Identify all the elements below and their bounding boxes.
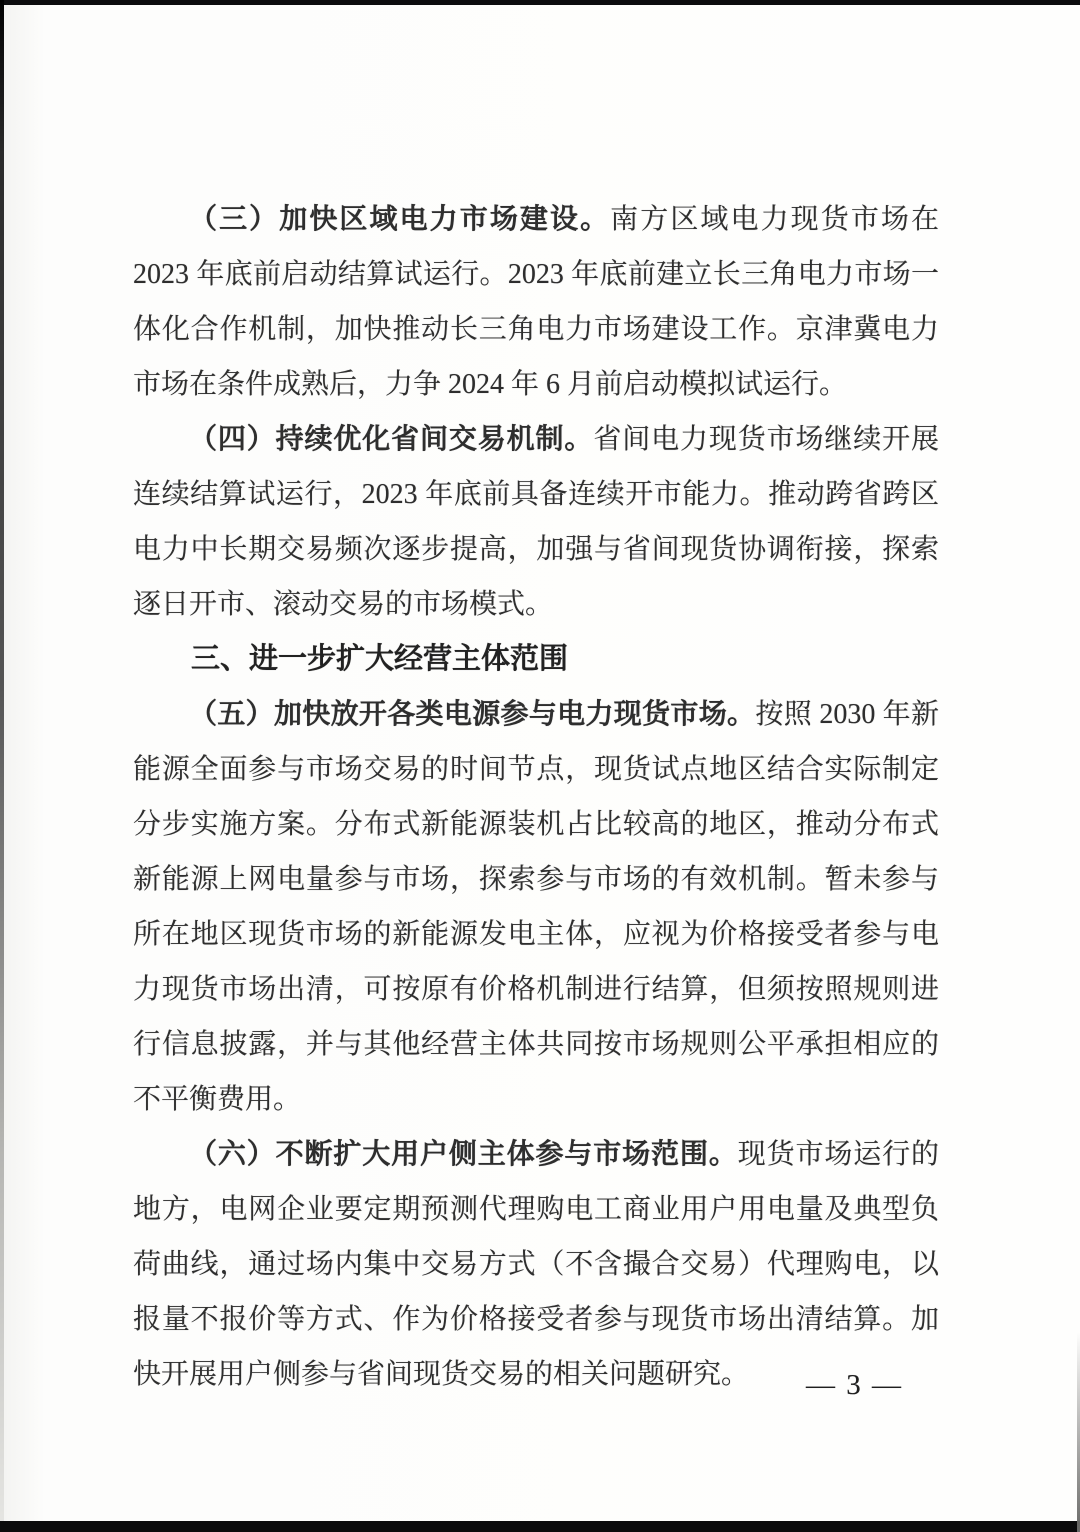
section-heading: 三、进一步扩大经营主体范围 (133, 632, 939, 687)
scan-edge-left (0, 0, 4, 1532)
paragraph-clause-4: （四）持续优化省间交易机制。省间电力现货市场继续开展连续结算试运行，2023 年… (133, 412, 939, 632)
page-number: — 3 — (806, 1368, 903, 1402)
paragraph-clause-6: （六）不断扩大用户侧主体参与市场范围。现货市场运行的地方，电网企业要定期预测代理… (133, 1127, 939, 1402)
paragraph-clause-3: （三）加快区域电力市场建设。南方区域电力现货市场在 2023 年底前启动结算试运… (133, 192, 939, 412)
clause-3-lead: （三）加快区域电力市场建设。 (189, 204, 610, 235)
clause-6-lead: （六）不断扩大用户侧主体参与市场范围。 (189, 1139, 738, 1170)
document-page: （三）加快区域电力市场建设。南方区域电力现货市场在 2023 年底前启动结算试运… (0, 0, 1080, 1532)
clause-5-lead: （五）加快放开各类电源参与电力现货市场。 (189, 699, 755, 730)
clause-6-body: 现货市场运行的地方，电网企业要定期预测代理购电工商业用户用电量及典型负荷曲线，通… (133, 1139, 939, 1390)
document-body: （三）加快区域电力市场建设。南方区域电力现货市场在 2023 年底前启动结算试运… (133, 192, 939, 1402)
scan-edge-bottom (0, 1521, 1080, 1532)
paragraph-clause-5: （五）加快放开各类电源参与电力现货市场。按照 2030 年新能源全面参与市场交易… (133, 687, 939, 1127)
clause-5-body: 按照 2030 年新能源全面参与市场交易的时间节点，现货试点地区结合实际制定分步… (133, 699, 939, 1115)
clause-4-lead: （四）持续优化省间交易机制。 (189, 424, 593, 455)
scan-edge-top (0, 0, 1080, 5)
